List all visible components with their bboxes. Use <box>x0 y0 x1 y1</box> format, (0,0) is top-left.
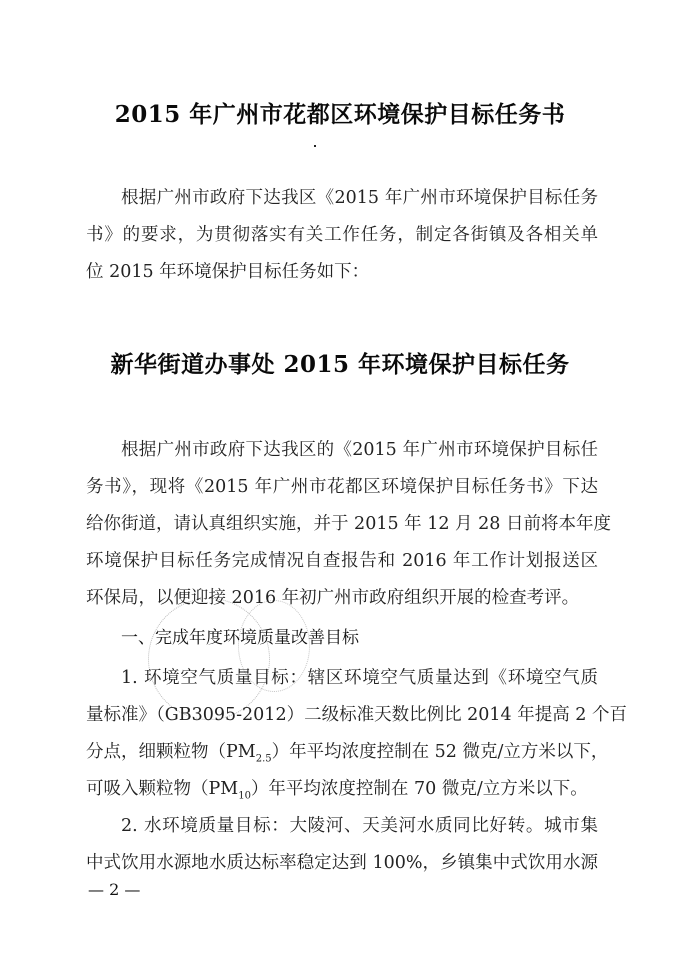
item-2-line-1: 2. 水环境质量目标：大陵河、天美河水质同比好转。城市集 <box>86 808 598 845</box>
item-1-line-4: 可吸入颗粒物（PM10）年平均浓度控制在 70 微克/立方米以下。 <box>86 771 598 808</box>
intro-line-3: 位 2015 年环境保护目标任务如下： <box>86 254 598 291</box>
item-1-line-4-pre: 可吸入颗粒物（PM <box>86 779 238 799</box>
pm25-subscript: 2.5 <box>256 754 272 765</box>
intro-line-1: 根据广州市政府下达我区《2015 年广州市环境保护目标任务 <box>86 180 598 217</box>
pm10-subscript: 10 <box>238 791 251 802</box>
document-page: 2015 年广州市花都区环境保护目标任务书 根据广州市政府下达我区《2015 年… <box>0 0 680 962</box>
section-intro-line-5: 环保局，以便迎接 2016 年初广州市政府组织开展的检查考评。 <box>86 580 598 617</box>
section-title: 新华街道办事处 2015 年环境保护目标任务 <box>0 346 680 379</box>
item-1-line-4-post: ）年平均浓度控制在 70 微克/立方米以下。 <box>251 779 588 799</box>
section-intro-paragraph: 根据广州市政府下达我区的《2015 年广州市环境保护目标任 务书》，现将《201… <box>86 432 598 617</box>
heading-environment-quality: 一、完成年度环境质量改善目标 <box>121 623 359 653</box>
item-1-line-3: 分点，细颗粒物（PM2.5）年平均浓度控制在 52 微克/立方米以下， <box>86 734 598 771</box>
section-intro-line-4: 环境保护目标任务完成情况自查报告和 2016 年工作计划报送区 <box>86 543 598 580</box>
item-1-line-1: 1. 环境空气质量目标：辖区环境空气质量达到《环境空气质 <box>86 660 598 697</box>
item-1-air-quality: 1. 环境空气质量目标：辖区环境空气质量达到《环境空气质 量标准》（GB3095… <box>86 660 598 808</box>
item-2-line-2: 中式饮用水源地水质达标率稳定达到 100%，乡镇集中式饮用水源 <box>86 845 598 882</box>
item-1-line-3-pre: 分点，细颗粒物（PM <box>86 742 256 762</box>
intro-line-2: 书》的要求，为贯彻落实有关工作任务，制定各街镇及各相关单 <box>86 217 598 254</box>
item-2-water-quality: 2. 水环境质量目标：大陵河、天美河水质同比好转。城市集 中式饮用水源地水质达标… <box>86 808 598 882</box>
page-number: — 2 — <box>88 880 140 899</box>
section-intro-line-3: 给你街道，请认真组织实施，并于 2015 年 12 月 28 日前将本年度 <box>86 506 598 543</box>
document-title: 2015 年广州市花都区环境保护目标任务书 <box>0 96 680 129</box>
scan-speck <box>314 145 316 147</box>
item-1-line-3-post: ）年平均浓度控制在 52 微克/立方米以下， <box>272 742 609 762</box>
item-1-line-2: 量标准》（GB3095-2012）二级标准天数比例比 2014 年提高 2 个百 <box>86 697 598 734</box>
section-intro-line-1: 根据广州市政府下达我区的《2015 年广州市环境保护目标任 <box>86 432 598 469</box>
intro-paragraph: 根据广州市政府下达我区《2015 年广州市环境保护目标任务 书》的要求，为贯彻落… <box>86 180 598 291</box>
section-intro-line-2: 务书》，现将《2015 年广州市花都区环境保护目标任务书》下达 <box>86 469 598 506</box>
